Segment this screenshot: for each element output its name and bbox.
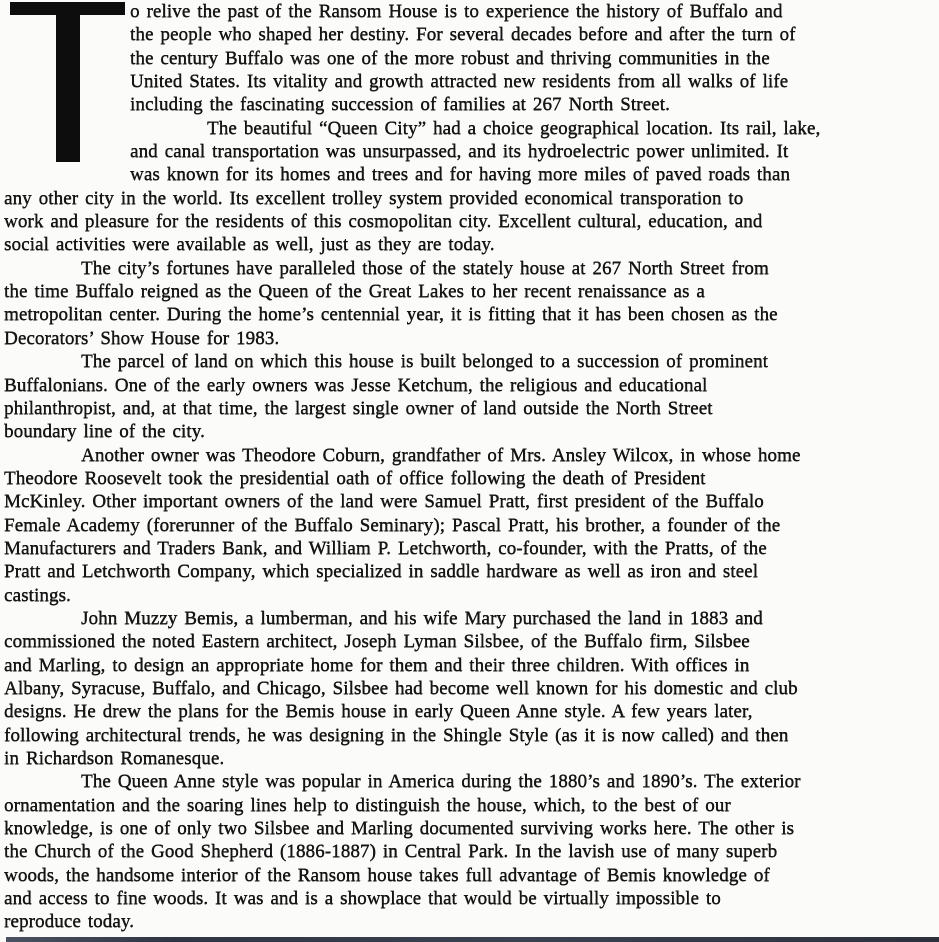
text-line: designs. He drew the plans for the Bemis… [4, 700, 935, 723]
text-line: work and pleasure for the residents of t… [4, 210, 935, 233]
text-line: following architectural trends, he was d… [4, 724, 935, 747]
text-line: John Muzzy Bemis, a lumberman, and his w… [4, 607, 935, 630]
text-line: McKinley. Other important owners of the … [4, 490, 935, 513]
text-line: was known for its homes and trees and fo… [4, 163, 935, 186]
text-line: Buffalonians. One of the early owners wa… [4, 374, 935, 397]
scan-artifact-bar [6, 937, 939, 942]
text-line: Pratt and Letchworth Company, which spec… [4, 560, 935, 583]
text-line: social activities were available as well… [4, 233, 935, 256]
text-line: The parcel of land on which this house i… [4, 350, 935, 373]
text-line: any other city in the world. Its excelle… [4, 187, 935, 210]
text-line: the time Buffalo reigned as the Queen of… [4, 280, 935, 303]
document-page: T o relive the past of the Ransom House … [0, 0, 939, 942]
text-line: Albany, Syracuse, Buffalo, and Chicago, … [4, 677, 935, 700]
text-line: Female Academy (forerunner of the Buffal… [4, 514, 935, 537]
text-line: boundary line of the city. [4, 420, 935, 443]
text-line: and access to fine woods. It was and is … [4, 887, 935, 910]
drop-cap-stem [56, 2, 80, 162]
text-flow: T o relive the past of the Ransom House … [4, 0, 935, 934]
text-line: knowledge, is one of only two Silsbee an… [4, 817, 935, 840]
text-line: philanthropist, and, at that time, the l… [4, 397, 935, 420]
text-line: the Church of the Good Shepherd (1886-18… [4, 840, 935, 863]
text-line: ornamentation and the soaring lines help… [4, 794, 935, 817]
text-line: Another owner was Theodore Coburn, grand… [4, 444, 935, 467]
text-line: including the fascinating succession of … [4, 93, 935, 116]
text-line: commissioned the noted Eastern architect… [4, 630, 935, 653]
text-line: Decorators’ Show House for 1983. [4, 327, 935, 350]
drop-cap-letter-T: T [4, 0, 125, 183]
text-line: metropolitan center. During the home’s c… [4, 303, 935, 326]
text-line: United States. Its vitality and growth a… [4, 70, 935, 93]
text-line: woods, the handsome interior of the Rans… [4, 864, 935, 887]
text-line: the people who shaped her destiny. For s… [4, 23, 935, 46]
text-line: o relive the past of the Ransom House is… [4, 0, 935, 23]
text-line: The beautiful “Queen City” had a choice … [4, 117, 935, 140]
text-line: in Richardson Romanesque. [4, 747, 935, 770]
text-line: the century Buffalo was one of the more … [4, 47, 935, 70]
text-line: The Queen Anne style was popular in Amer… [4, 770, 935, 793]
text-line: The city’s fortunes have paralleled thos… [4, 257, 935, 280]
drop-cap-text: T [4, 0, 5, 1]
text-line: castings. [4, 584, 935, 607]
text-line: and canal transportation was unsurpassed… [4, 140, 935, 163]
text-line: Theodore Roosevelt took the presidential… [4, 467, 935, 490]
text-line: reproduce today. [4, 910, 935, 933]
text-line: and Marling, to design an appropriate ho… [4, 654, 935, 677]
text-line: Manufacturers and Traders Bank, and Will… [4, 537, 935, 560]
